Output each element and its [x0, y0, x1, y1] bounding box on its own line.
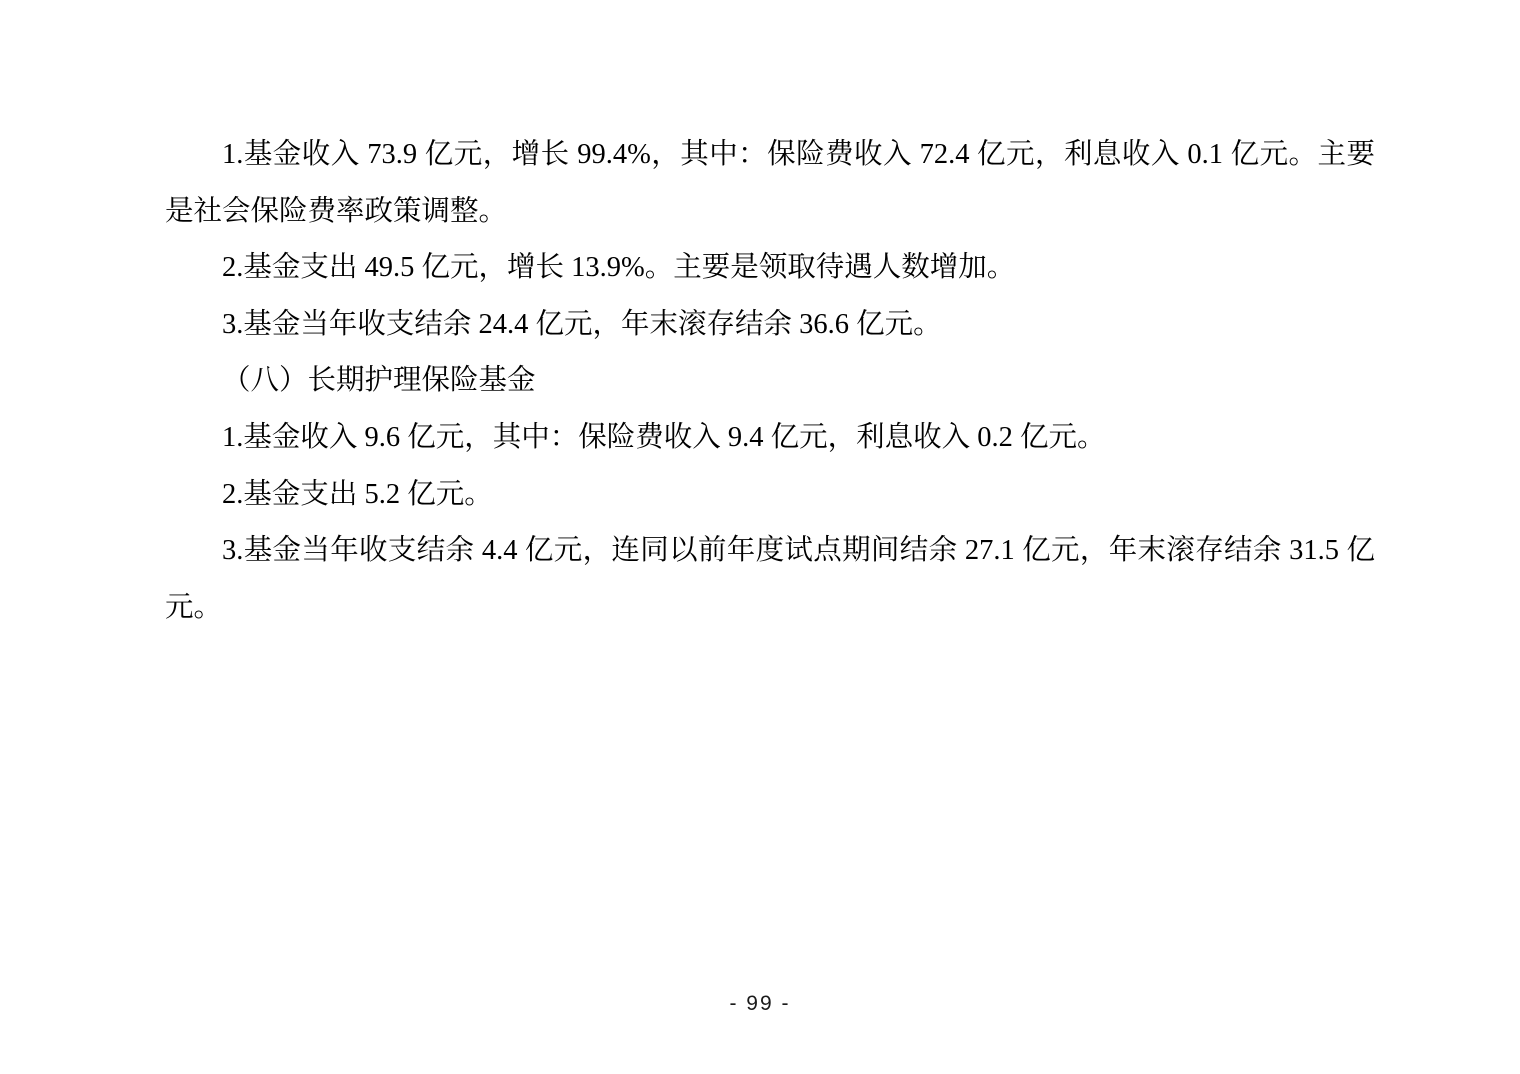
- page-number: - 99 -: [0, 992, 1520, 1016]
- paragraph-fund-balance-1: 3.基金当年收支结余 24.4 亿元，年末滚存结余 36.6 亿元。: [165, 297, 1375, 354]
- paragraph-fund-expenditure-2: 2.基金支出 5.2 亿元。: [165, 467, 1375, 524]
- document-page: 1.基金收入 73.9 亿元，增长 99.4%，其中：保险费收入 72.4 亿元…: [0, 0, 1520, 1074]
- paragraph-fund-income-1: 1.基金收入 73.9 亿元，增长 99.4%，其中：保险费收入 72.4 亿元…: [165, 127, 1375, 240]
- paragraph-fund-expenditure-1: 2.基金支出 49.5 亿元，增长 13.9%。主要是领取待遇人数增加。: [165, 240, 1375, 297]
- document-body: 1.基金收入 73.9 亿元，增长 99.4%，其中：保险费收入 72.4 亿元…: [0, 0, 1520, 636]
- section-heading-long-term-care-insurance-fund: （八）长期护理保险基金: [165, 353, 1375, 410]
- paragraph-fund-balance-2: 3.基金当年收支结余 4.4 亿元，连同以前年度试点期间结余 27.1 亿元，年…: [165, 523, 1375, 636]
- paragraph-fund-income-2: 1.基金收入 9.6 亿元，其中：保险费收入 9.4 亿元，利息收入 0.2 亿…: [165, 410, 1375, 467]
